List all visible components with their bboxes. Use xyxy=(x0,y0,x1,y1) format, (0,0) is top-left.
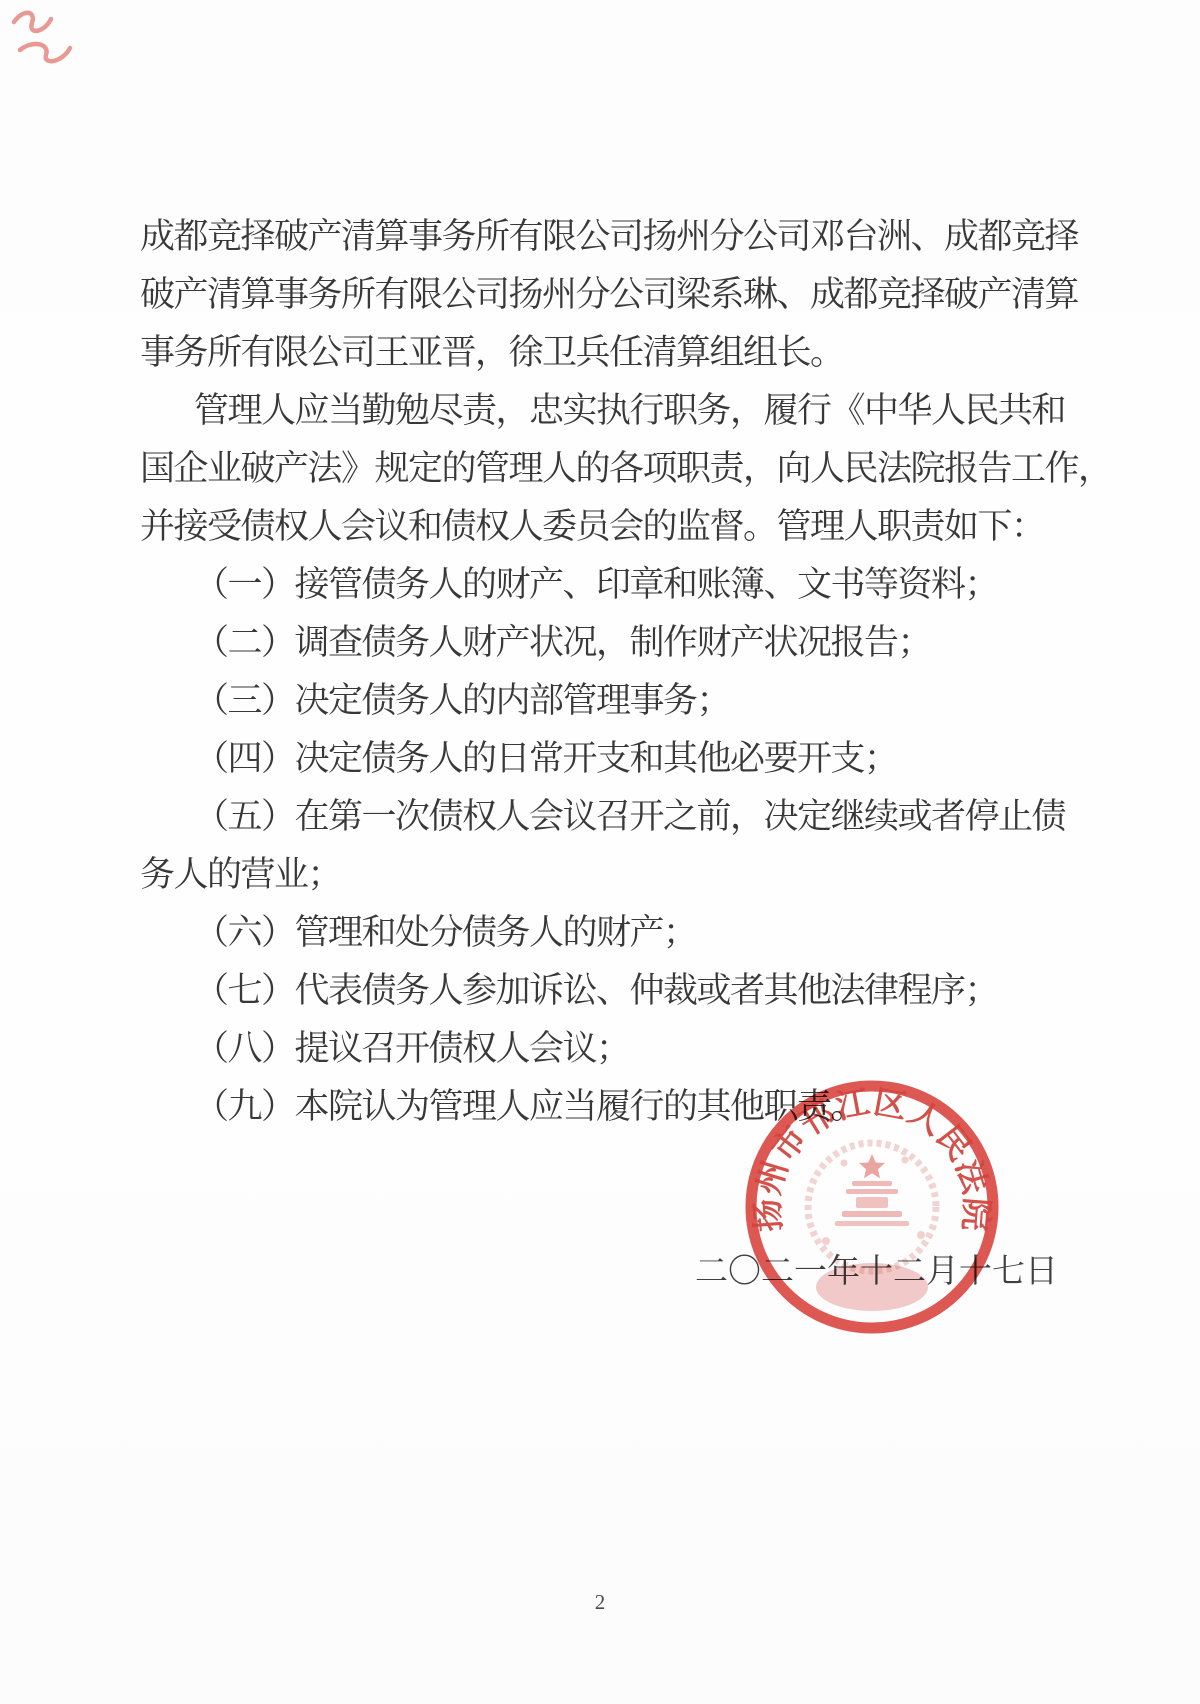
text-line: （五）在第一次债权人会议召开之前，决定继续或者停止债 xyxy=(140,788,1055,846)
text-line: （七）代表债务人参加诉讼、仲裁或者其他法律程序； xyxy=(140,962,1055,1020)
text-line: 国企业破产法》规定的管理人的各项职责，向人民法院报告工作， xyxy=(140,440,1055,498)
red-pen-marks xyxy=(6,2,88,74)
text-line: （三）决定债务人的内部管理事务； xyxy=(140,672,1055,730)
text-line: 管理人应当勤勉尽责，忠实执行职务，履行《中华人民共和 xyxy=(140,382,1055,440)
text-line: （一）接管债务人的财产、印章和账簿、文书等资料； xyxy=(140,556,1055,614)
text-line: 事务所有限公司王亚晋，徐卫兵任清算组组长。 xyxy=(140,324,1055,382)
document-page: 成都竞择破产清算事务所有限公司扬州分公司邓台洲、成都竞择破产清算事务所有限公司扬… xyxy=(0,0,1200,1704)
national-emblem-icon xyxy=(808,1143,936,1311)
text-line: 务人的营业； xyxy=(140,846,1055,904)
page-number: 2 xyxy=(0,1590,1200,1615)
court-seal: 扬州市邗江区人民法院 xyxy=(732,1067,1012,1347)
text-line: 并接受债权人会议和债权人委员会的监督。管理人职责如下： xyxy=(140,498,1055,556)
text-line: （四）决定债务人的日常开支和其他必要开支； xyxy=(140,730,1055,788)
text-line: （六）管理和处分债务人的财产； xyxy=(140,904,1055,962)
text-line: （二）调查债务人财产状况，制作财产状况报告； xyxy=(140,614,1055,672)
document-body: 成都竞择破产清算事务所有限公司扬州分公司邓台洲、成都竞择破产清算事务所有限公司扬… xyxy=(140,208,1055,1136)
text-line: 成都竞择破产清算事务所有限公司扬州分公司邓台洲、成都竞择 xyxy=(140,208,1055,266)
text-line: 破产清算事务所有限公司扬州分公司梁系琳、成都竞择破产清算 xyxy=(140,266,1055,324)
